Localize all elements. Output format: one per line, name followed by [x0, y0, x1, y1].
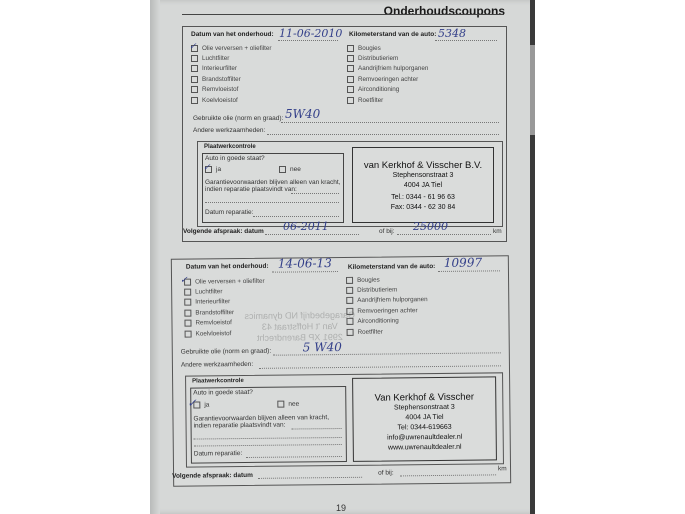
checklist-item[interactable]: Roetfilter [347, 325, 507, 337]
mileage-label: Kilometerstand van de auto: [348, 263, 435, 271]
checklist-item[interactable]: Remvloeistof [191, 85, 341, 95]
checklist-item[interactable]: Airconditioning [347, 85, 497, 95]
bodywork-section: Plaatwerkcontrole Auto in goede staat? j… [197, 141, 503, 227]
bodywork-section: Plaatwerkcontrole Auto in goede staat? j… [185, 372, 504, 467]
dealer-stamp: van Kerkhof & Visscher B.V. Stephensonst… [352, 147, 494, 223]
checklist-item[interactable]: Brandstoffilter [191, 74, 341, 84]
dealer-stamp: Van Kerkhof & Visscher Stephensonstraat … [352, 376, 497, 462]
checklist-item[interactable]: Distributieriem [347, 53, 497, 63]
date-label: Datum van het onderhoud: [191, 31, 274, 38]
maintenance-coupon-2: Datum van het onderhoud: 14-06-13 Kilome… [171, 255, 511, 487]
no-option[interactable]: nee [279, 166, 301, 173]
next-date-value: 06-2011 [283, 220, 329, 233]
next-km-value: 25000 [413, 220, 448, 233]
or-at-label: of bij: [379, 228, 395, 235]
mileage-label: Kilometerstand van de auto: [349, 31, 436, 38]
other-work-label: Andere werkzaamheden: [193, 127, 265, 134]
checklist-item[interactable]: Aandrijfriem hulporganen [347, 64, 497, 74]
checklist-right: Bougies Distributieriem Aandrijfriem hul… [347, 43, 497, 105]
checklist-item[interactable]: Bougies [347, 43, 497, 53]
checklist-item[interactable]: Remvoeringen achter [347, 74, 497, 84]
bodywork-form: Auto in goede staat? ja ✓ nee Garantievo… [190, 386, 347, 464]
maintenance-coupon-1: Datum van het onderhoud: 11-06-2010 Kilo… [182, 26, 507, 242]
checklist-item[interactable]: Roetfilter [347, 95, 497, 105]
page-gutter [150, 0, 160, 514]
page-edge [530, 0, 535, 514]
bodywork-title: Plaatwerkcontrole [204, 144, 256, 150]
yes-check-mark: ✓ [187, 397, 196, 410]
oil-used-label: Gebruikte olie (norm en graad): [181, 348, 271, 356]
checklist-item[interactable]: Olie verversen + oliefilter [191, 43, 341, 53]
bodywork-form: Auto in goede staat? ja ✓ nee Garantievo… [202, 153, 344, 223]
checklist-right: Bougies Distributieriem Aandrijfriem hul… [346, 273, 507, 337]
checklist-left: Olie verversen + oliefilter Luchtfilter … [191, 43, 341, 105]
next-appointment-label: Volgende afspraak: datum [183, 228, 264, 235]
oil-check-mark: ✓ [189, 42, 197, 52]
oil-used-value: 5W40 [285, 107, 320, 121]
next-appointment-label: Volgende afspraak: datum [172, 472, 253, 480]
checklist-item[interactable]: Luchtfilter [191, 53, 341, 63]
other-work-label: Andere werkzaamheden: [181, 361, 253, 369]
oil-check-mark: ✓ [180, 276, 188, 286]
checklist-item[interactable]: Interieurfilter [191, 64, 341, 74]
service-date: 11-06-2010 [279, 27, 342, 40]
mileage-value: 10997 [444, 256, 482, 270]
ghost-stamp: Garagebedrijf ND dynamics Van 't Hoffstr… [244, 310, 355, 344]
page-title: Onderhoudscoupons [384, 4, 505, 18]
service-date: 14-06-13 [278, 256, 332, 271]
yes-check-mark: ✓ [203, 163, 211, 173]
header-rule [182, 14, 504, 15]
oil-used-value: 5 W40 [303, 340, 342, 354]
date-label: Datum van het onderhoud: [186, 263, 269, 271]
or-at-label: of bij: [378, 469, 394, 476]
page-number: 19 [336, 503, 346, 513]
bodywork-title: Plaatwerkcontrole [192, 378, 244, 385]
no-option[interactable]: nee [277, 400, 299, 407]
checklist-item[interactable]: Koelvloeistof [191, 95, 341, 105]
oil-used-label: Gebruikte olie (norm en graad): [193, 115, 283, 122]
mileage-value: 5348 [438, 27, 466, 40]
